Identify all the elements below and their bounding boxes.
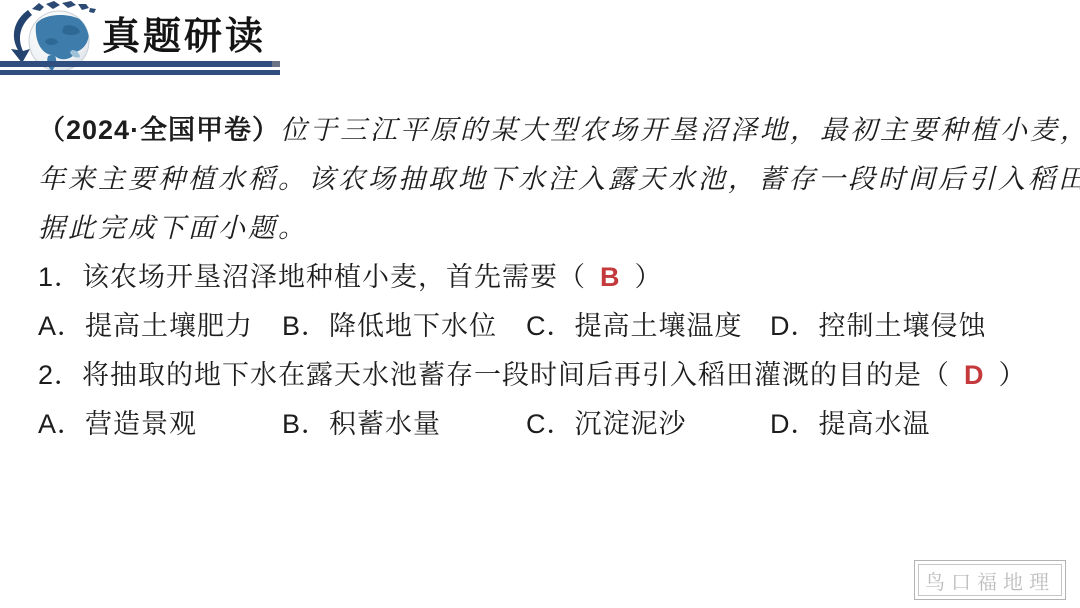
option-2b: B．积蓄水量 [282, 400, 526, 449]
option-2d: D．提高水温 [770, 400, 931, 449]
divider-bar-top [0, 61, 276, 67]
question-2-stem: 2．将抽取的地下水在露天水池蓄存一段时间后再引入稻田灌溉的目的是（ [38, 360, 950, 390]
option-1c: C．提高土壤温度 [526, 302, 770, 351]
divider-end-cap [272, 61, 280, 67]
option-2c: C．沉淀泥沙 [526, 400, 770, 449]
question-2-answer: D [950, 360, 999, 390]
question-1-answer: B [586, 262, 635, 292]
divider-bar-bottom [0, 70, 280, 75]
question-1-stem-close: ） [635, 262, 663, 292]
option-1d: D．控制土壤侵蚀 [770, 302, 987, 351]
slide-content: （2024·全国甲卷）位于三江平原的某大型农场开垦沼泽地，最初主要种植小麦，近 … [38, 106, 1058, 449]
option-1a: A．提高土壤肥力 [38, 302, 282, 351]
passage-line-1: （2024·全国甲卷）位于三江平原的某大型农场开垦沼泽地，最初主要种植小麦，近 [38, 106, 1058, 155]
page-title: 真题研读 [102, 16, 266, 58]
question-2: 2．将抽取的地下水在露天水池蓄存一段时间后再引入稻田灌溉的目的是（D） [38, 351, 1058, 400]
passage-line-2: 年来主要种植水稻。该农场抽取地下水注入露天水池，蓄存一段时间后引入稻田灌溉。 [38, 155, 1058, 204]
passage-line-3: 据此完成下面小题。 [38, 204, 1058, 253]
question-1: 1．该农场开垦沼泽地种植小麦，首先需要（B） [38, 253, 1058, 302]
option-1b: B．降低地下水位 [282, 302, 526, 351]
question-1-options: A．提高土壤肥力 B．降低地下水位 C．提高土壤温度 D．控制土壤侵蚀 [38, 302, 1058, 351]
passage-source: （2024·全国甲卷） [38, 115, 280, 145]
question-2-stem-close: ） [999, 360, 1027, 390]
slide: 真题研读 （2024·全国甲卷）位于三江平原的某大型农场开垦沼泽地，最初主要种植… [0, 0, 1080, 608]
question-1-stem: 1．该农场开垦沼泽地种植小麦，首先需要（ [38, 262, 586, 292]
passage-line-1-text: 位于三江平原的某大型农场开垦沼泽地，最初主要种植小麦，近 [280, 115, 1080, 145]
option-2a: A．营造景观 [38, 400, 282, 449]
question-2-options: A．营造景观 B．积蓄水量 C．沉淀泥沙 D．提高水温 [38, 400, 1058, 449]
header-divider [0, 61, 280, 79]
watermark-stamp: 鸟口福地理 [914, 560, 1066, 600]
